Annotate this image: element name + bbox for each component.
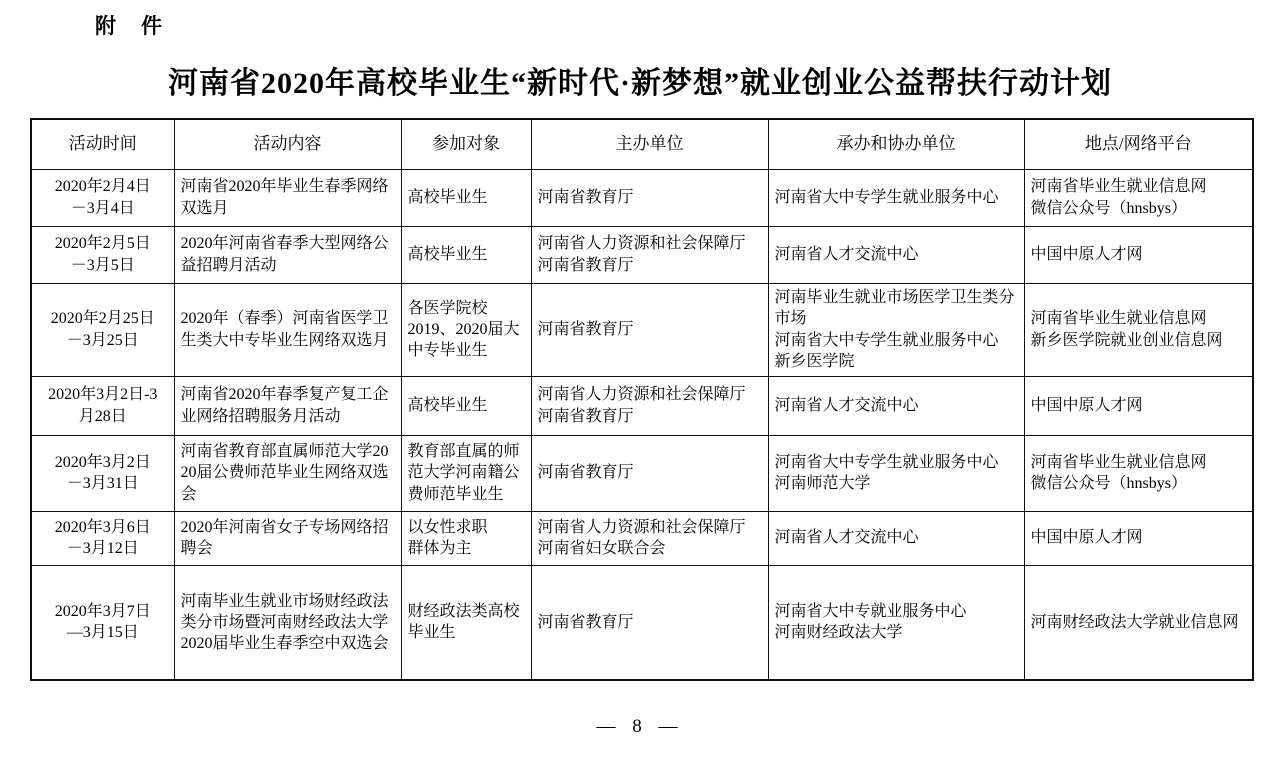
cell-time: 2020年2月25日 －3月25日: [31, 283, 174, 376]
cell-organizer: 河南省人力资源和社会保障厅 河南省教育厅: [531, 376, 768, 435]
cell-participants: 以女性求职 群体为主: [401, 511, 531, 565]
cell-platform: 河南省毕业生就业信息网 微信公众号（hnsbys）: [1024, 435, 1253, 511]
cell-content: 2020年河南省春季大型网络公益招聘月活动: [174, 226, 401, 283]
cell-content: 2020年（春季）河南省医学卫生类大中专毕业生网络双选月: [174, 283, 401, 376]
table-row: 2020年3月2日-3 月28日 河南省2020年春季复产复工企业网络招聘服务月…: [31, 376, 1253, 435]
column-header-participants: 参加对象: [401, 119, 531, 169]
cell-co-organizer: 河南省人才交流中心: [768, 376, 1024, 435]
cell-participants: 高校毕业生: [401, 226, 531, 283]
table-row: 2020年3月2日 －3月31日 河南省教育部直属师范大学2020届公费师范毕业…: [31, 435, 1253, 511]
table-header-row: 活动时间 活动内容 参加对象 主办单位 承办和协办单位 地点/网络平台: [31, 119, 1253, 169]
cell-participants: 教育部直属的师范大学河南籍公费师范毕业生: [401, 435, 531, 511]
cell-co-organizer: 河南省大中专学生就业服务中心 河南师范大学: [768, 435, 1024, 511]
cell-participants: 高校毕业生: [401, 376, 531, 435]
page-number: — 8 —: [0, 716, 1280, 738]
cell-participants: 高校毕业生: [401, 169, 531, 226]
cell-platform: 中国中原人才网: [1024, 376, 1253, 435]
schedule-table: 活动时间 活动内容 参加对象 主办单位 承办和协办单位 地点/网络平台 2020…: [30, 118, 1254, 681]
table-row: 2020年2月25日 －3月25日 2020年（春季）河南省医学卫生类大中专毕业…: [31, 283, 1253, 376]
column-header-content: 活动内容: [174, 119, 401, 169]
cell-time: 2020年2月4日 －3月4日: [31, 169, 174, 226]
cell-content: 河南毕业生就业市场财经政法类分市场暨河南财经政法大学2020届毕业生春季空中双选…: [174, 565, 401, 680]
cell-participants: 财经政法类高校毕业生: [401, 565, 531, 680]
cell-platform: 河南省毕业生就业信息网 微信公众号（hnsbys）: [1024, 169, 1253, 226]
cell-time: 2020年3月7日 —3月15日: [31, 565, 174, 680]
cell-platform: 中国中原人才网: [1024, 226, 1253, 283]
table-row: 2020年3月6日 －3月12日 2020年河南省女子专场网络招聘会 以女性求职…: [31, 511, 1253, 565]
cell-platform: 河南财经政法大学就业信息网: [1024, 565, 1253, 680]
page-title: 河南省2020年高校毕业生“新时代·新梦想”就业创业公益帮扶行动计划: [0, 58, 1280, 102]
column-header-co-organizer: 承办和协办单位: [768, 119, 1024, 169]
cell-time: 2020年3月6日 －3月12日: [31, 511, 174, 565]
column-header-time: 活动时间: [31, 119, 174, 169]
table-row: 2020年3月7日 —3月15日 河南毕业生就业市场财经政法类分市场暨河南财经政…: [31, 565, 1253, 680]
cell-time: 2020年2月5日 －3月5日: [31, 226, 174, 283]
cell-organizer: 河南省人力资源和社会保障厅 河南省妇女联合会: [531, 511, 768, 565]
cell-co-organizer: 河南省人才交流中心: [768, 226, 1024, 283]
column-header-platform: 地点/网络平台: [1024, 119, 1253, 169]
cell-co-organizer: 河南省大中专学生就业服务中心: [768, 169, 1024, 226]
column-header-organizer: 主办单位: [531, 119, 768, 169]
cell-organizer: 河南省教育厅: [531, 283, 768, 376]
cell-content: 河南省教育部直属师范大学2020届公费师范毕业生网络双选会: [174, 435, 401, 511]
cell-organizer: 河南省教育厅: [531, 565, 768, 680]
cell-organizer: 河南省教育厅: [531, 169, 768, 226]
cell-content: 河南省2020年春季复产复工企业网络招聘服务月活动: [174, 376, 401, 435]
cell-co-organizer: 河南毕业生就业市场医学卫生类分市场 河南省大中专学生就业服务中心 新乡医学院: [768, 283, 1024, 376]
cell-time: 2020年3月2日-3 月28日: [31, 376, 174, 435]
cell-participants: 各医学院校 2019、2020届大中专毕业生: [401, 283, 531, 376]
table-row: 2020年2月5日 －3月5日 2020年河南省春季大型网络公益招聘月活动 高校…: [31, 226, 1253, 283]
cell-time: 2020年3月2日 －3月31日: [31, 435, 174, 511]
cell-organizer: 河南省人力资源和社会保障厅 河南省教育厅: [531, 226, 768, 283]
table-row: 2020年2月4日 －3月4日 河南省2020年毕业生春季网络双选月 高校毕业生…: [31, 169, 1253, 226]
cell-platform: 中国中原人才网: [1024, 511, 1253, 565]
cell-platform: 河南省毕业生就业信息网 新乡医学院就业创业信息网: [1024, 283, 1253, 376]
cell-content: 河南省2020年毕业生春季网络双选月: [174, 169, 401, 226]
cell-co-organizer: 河南省人才交流中心: [768, 511, 1024, 565]
cell-content: 2020年河南省女子专场网络招聘会: [174, 511, 401, 565]
cell-organizer: 河南省教育厅: [531, 435, 768, 511]
cell-co-organizer: 河南省大中专就业服务中心 河南财经政法大学: [768, 565, 1024, 680]
attachment-label: 附 件: [95, 10, 164, 40]
